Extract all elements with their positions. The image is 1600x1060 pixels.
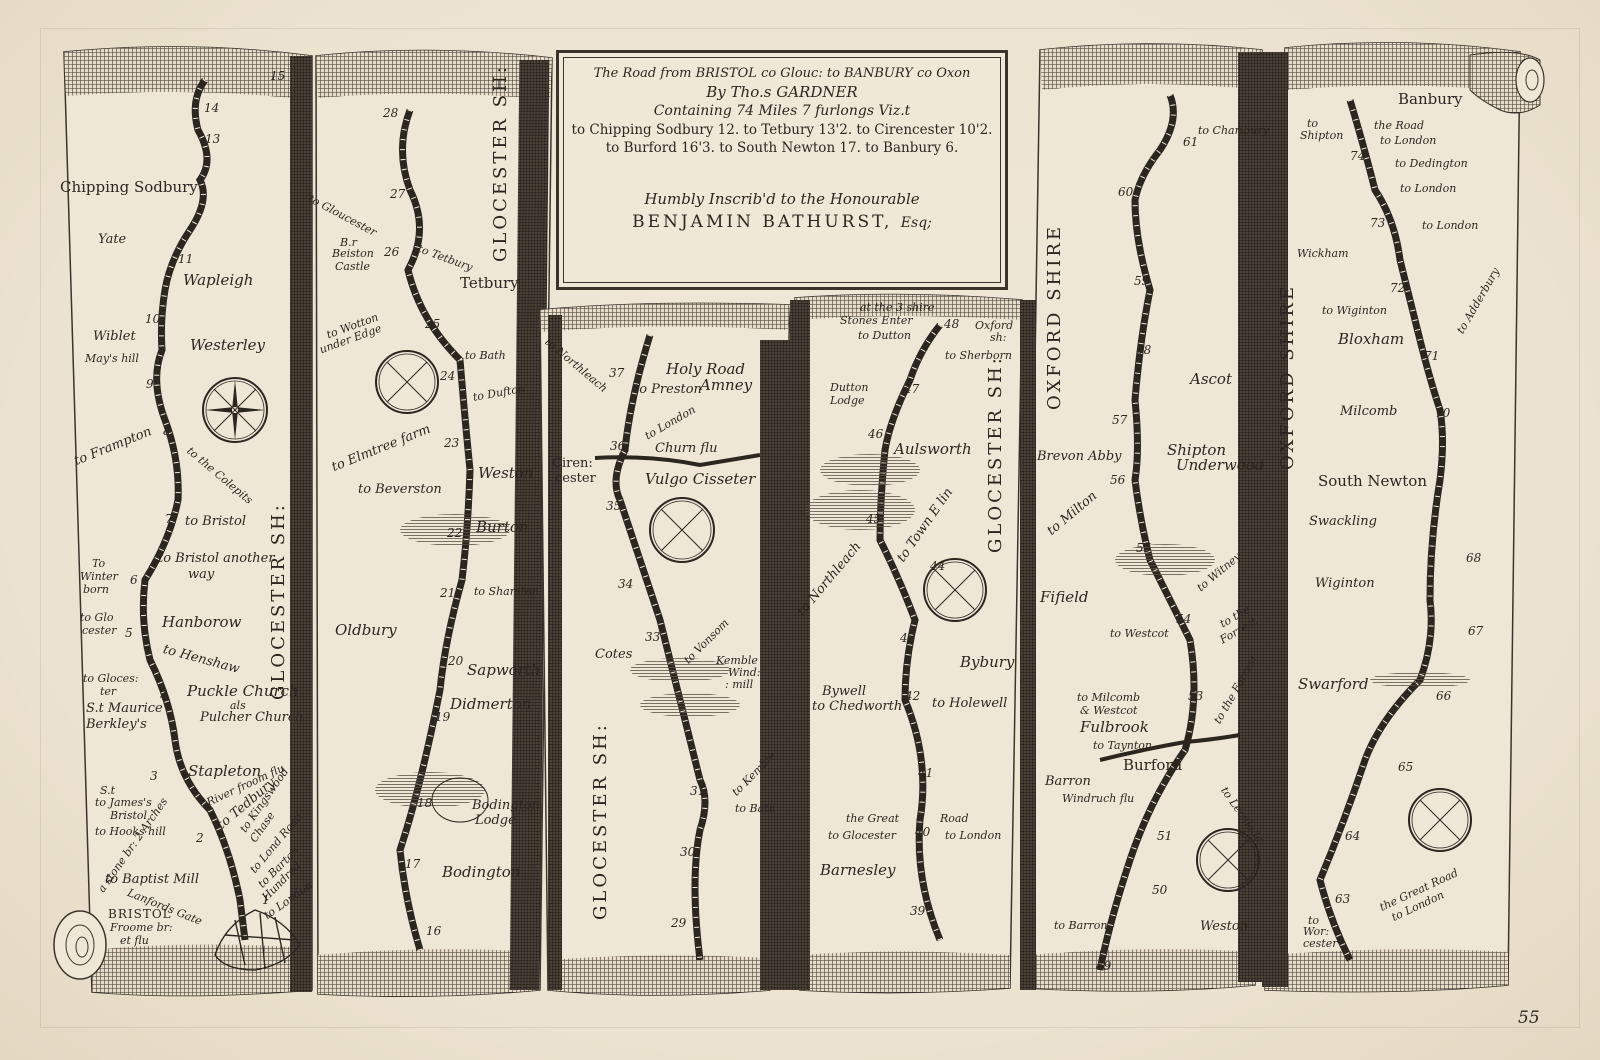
direction-to-st-james: S.t: [100, 785, 115, 797]
mile-marker: 3: [150, 770, 158, 783]
label-oxford-sh: Oxford: [975, 320, 1013, 332]
direction-to-barron: to Barron: [1054, 920, 1107, 932]
mile-marker: 42: [905, 690, 920, 703]
mile-marker: 24: [440, 370, 455, 383]
note-shire-stones: to Dutton: [858, 330, 911, 342]
note-great-road: Road: [940, 813, 969, 825]
place-tetbury: Tetbury: [460, 276, 519, 292]
place-wiblet: Wiblet: [93, 330, 136, 344]
mile-marker: 57: [1112, 414, 1127, 427]
direction-to-st-james: to James's: [95, 797, 152, 809]
mile-marker: 34: [618, 578, 633, 591]
place-sapworth: Sapworth: [467, 663, 541, 679]
county-label: GLOCESTER SH:: [490, 64, 511, 262]
dedication: Humbly Inscrib'd to the Honourable: [564, 190, 1000, 208]
mile-marker: 65: [1398, 761, 1413, 774]
place-burford: Burford: [1123, 758, 1182, 774]
title-cartouche: The Road from BRISTOL co Glouc: to BANBU…: [556, 50, 1008, 290]
page-number: 55: [1518, 1008, 1540, 1028]
place-castle: Castle: [335, 261, 370, 273]
mile-marker: 44: [930, 560, 945, 573]
mile-marker: 13: [205, 133, 220, 146]
direction-to-holewell: to Holewell: [932, 697, 1007, 711]
mile-marker: 8: [163, 425, 171, 438]
place-kemble-windmill: Kemble: [716, 655, 758, 667]
place-weston: Weston: [478, 466, 534, 482]
place-barnesley: Barnesley: [820, 863, 896, 879]
county-label: OXFORD SHIRE: [1277, 284, 1298, 470]
mile-marker: 64: [1345, 830, 1360, 843]
mile-marker: 43: [900, 632, 915, 645]
place-barron: Barron: [1045, 775, 1091, 789]
mile-marker: 67: [1468, 625, 1483, 638]
direction-to-sharston: to Sharston: [474, 586, 539, 598]
direction-to-shipton: Shipton: [1300, 130, 1343, 142]
place-bodington-lodge: Bodington: [472, 799, 540, 813]
place-swackling: Swackling: [1309, 515, 1377, 529]
mile-marker: 22: [447, 527, 462, 540]
direction-to-glocester: to Glo: [80, 612, 113, 624]
mile-marker: 15: [270, 70, 285, 83]
place-milcomb: Milcomb: [1340, 405, 1397, 419]
place-fifield: Fifield: [1040, 590, 1089, 606]
direction-way: way: [188, 568, 214, 582]
direction-to-winterborn: To: [92, 558, 105, 570]
place-vulgo-cisseter: Vulgo Cisseter: [645, 472, 755, 488]
mile-marker: 70: [1435, 407, 1450, 420]
mile-marker: 25: [425, 318, 440, 331]
place-bodington: Bodington: [442, 865, 520, 881]
river-churn: Churn flu: [655, 442, 717, 456]
mile-marker: 68: [1466, 552, 1481, 565]
mile-marker: 27: [390, 188, 405, 201]
direction-to-preston: to Preston: [634, 383, 702, 397]
mile-marker: 11: [178, 253, 193, 266]
place-dutton-lodge: Dutton: [830, 382, 868, 394]
mile-marker: 40: [915, 826, 930, 839]
mile-marker: 37: [609, 367, 624, 380]
title-road: The Road from BRISTOL co Glouc: to BANBU…: [564, 66, 1000, 81]
direction-to-winterborn: Winter: [80, 571, 118, 583]
note-great-road: the Great: [846, 813, 899, 825]
mile-marker: 10: [145, 313, 160, 326]
mile-marker: 1: [262, 894, 270, 907]
place-beiston: Beiston: [332, 248, 374, 260]
mile-marker: 29: [671, 917, 686, 930]
mile-marker: 66: [1436, 690, 1451, 703]
place-hanborow: Hanborow: [162, 615, 241, 631]
mile-marker: 50: [1152, 884, 1167, 897]
mile-marker: 28: [383, 107, 398, 120]
place-amney: Amney: [700, 378, 752, 394]
mile-marker: 14: [204, 102, 219, 115]
direction-to-bath: to Bath: [465, 350, 506, 362]
direction-to-baptist-mill: to Baptist Mill: [105, 873, 199, 887]
mile-marker: 33: [645, 631, 660, 644]
direction-to-winterborn: born: [83, 584, 109, 596]
mile-marker: 19: [435, 711, 450, 724]
place-bristol: BRISTOL: [108, 908, 172, 921]
dedicatee-name: BENJAMIN BATHURST,: [632, 212, 892, 232]
place-bywell: Bywell: [822, 685, 866, 699]
mile-marker: 30: [680, 846, 695, 859]
place-ascot: Ascot: [1190, 372, 1232, 388]
direction-to-london: to London: [1380, 135, 1436, 147]
county-label: GLOCESTER SH:: [268, 502, 289, 700]
note-shire-stones: at the 3 shire: [860, 302, 935, 314]
direction-to-bristol: to Bristol: [185, 515, 246, 529]
direction-to-shipton: to: [1307, 118, 1318, 130]
place-kemble-windmill: : mill: [725, 679, 753, 691]
direction-and-westcot: & Westcot: [1080, 705, 1137, 717]
mile-marker: 73: [1370, 217, 1385, 230]
place-weston: Weston: [1200, 920, 1248, 934]
strip-3-scroll: [540, 303, 790, 995]
mile-marker: 56: [1110, 474, 1125, 487]
direction-to-milcomb: to Milcomb: [1077, 692, 1140, 704]
direction-to-dedington: to Dedington: [1395, 158, 1468, 170]
direction-to-glocester: to Glocester: [828, 830, 896, 842]
mile-marker: 72: [1390, 282, 1405, 295]
direction-to-glocester-2: ter: [100, 686, 116, 698]
place-yate: Yate: [98, 233, 126, 247]
county-label: GLOCESTER SH:: [590, 722, 611, 920]
title-stages-2: to Burford 16'3. to South Newton 17. to …: [564, 140, 1000, 156]
mile-marker: 55: [1136, 542, 1151, 555]
place-underwood: Underwood: [1176, 458, 1264, 474]
note-shire-stones: Stones Enter: [840, 315, 913, 327]
mile-marker: 74: [1350, 150, 1365, 163]
direction-to-taynton: to Taynton: [1093, 740, 1152, 752]
place-bybury: Bybury: [960, 655, 1014, 671]
place-south-newton: South Newton: [1318, 474, 1427, 490]
place-froome-bridge: Froome br:: [110, 922, 173, 934]
dedicatee: BENJAMIN BATHURST, Esq;: [564, 212, 1000, 232]
place-mays-hill: May's hill: [85, 353, 139, 365]
dedicatee-suffix: Esq;: [901, 215, 932, 231]
direction-to-london-3: to London: [1422, 220, 1478, 232]
place-fulbrook: Fulbrook: [1080, 720, 1149, 736]
mile-marker: 49: [1096, 960, 1111, 973]
mile-marker: 59: [1134, 275, 1149, 288]
place-westerley: Westerley: [190, 338, 265, 354]
mile-marker: 26: [384, 246, 399, 259]
place-wapleigh: Wapleigh: [183, 273, 253, 289]
mile-marker: 17: [405, 858, 420, 871]
place-brevon-abby: Brevon Abby: [1037, 450, 1122, 464]
mile-marker: 51: [1157, 830, 1172, 843]
cartouche-frame: The Road from BRISTOL co Glouc: to BANBU…: [563, 57, 1001, 283]
place-wickham: Wickham: [1297, 248, 1349, 260]
river-windruch: Windruch flu: [1062, 793, 1134, 805]
direction-to-westcot: to Westcot: [1110, 628, 1169, 640]
mile-marker: 9: [146, 378, 154, 391]
county-label: OXFORD SHIRE: [1044, 224, 1065, 410]
place-chipping-sodbury: Chipping Sodbury: [60, 180, 198, 196]
title-stages-1: to Chipping Sodbury 12. to Tetbury 13'2.…: [564, 122, 1000, 138]
place-wiginton: Wiginton: [1315, 577, 1375, 591]
direction-to-glocester: cester: [82, 625, 117, 637]
place-aulsworth: Aulsworth: [894, 442, 972, 458]
direction-to-london-2: to London: [1400, 183, 1456, 195]
place-dutton-lodge: Lodge: [830, 395, 865, 407]
mile-marker: 60: [1118, 186, 1133, 199]
mile-marker: 53: [1188, 690, 1203, 703]
mile-marker: 23: [444, 437, 459, 450]
place-didmerton: Didmerton: [450, 697, 531, 713]
note-the-road: the Road: [1374, 120, 1424, 132]
mile-marker: 5: [125, 627, 133, 640]
place-cotes: Cotes: [595, 648, 632, 662]
place-banbury: Banbury: [1398, 92, 1463, 108]
mile-marker: 6: [130, 574, 138, 587]
mile-marker: 63: [1335, 893, 1350, 906]
direction-to-worcester: cester: [1303, 938, 1338, 950]
direction-to-wiginton: to Wiginton: [1322, 305, 1387, 317]
place-cirencester: Ciren:: [552, 457, 593, 471]
mile-marker: 41: [918, 767, 933, 780]
place-kemble-windmill: Wind:: [728, 667, 760, 679]
place-et-flu: et flu: [120, 935, 149, 947]
direction-to-chedworth: to Chedworth: [812, 700, 902, 714]
place-berkleys: Berkley's: [86, 718, 147, 732]
mile-marker: 21: [440, 587, 455, 600]
mile-marker: 47: [904, 383, 919, 396]
mile-marker: 31: [690, 785, 705, 798]
place-bodington-lodge: Lodge: [475, 814, 516, 828]
mile-marker: 54: [1176, 613, 1191, 626]
place-pulcher-church: Pulcher Church: [200, 711, 304, 725]
mile-marker: 18: [417, 797, 432, 810]
title-author: By Tho.s GARDNER: [564, 83, 1000, 101]
direction-to-glocester-2: to Gloces:: [83, 673, 139, 685]
mile-marker: 58: [1136, 344, 1151, 357]
mile-marker: 16: [426, 925, 441, 938]
direction-to-london: to London: [945, 830, 1001, 842]
place-oldbury: Oldbury: [335, 623, 397, 639]
county-label: GLOCESTER SH:: [985, 355, 1006, 553]
mile-marker: 48: [944, 318, 959, 331]
mile-marker: 45: [866, 513, 881, 526]
place-cirencester: cester: [555, 472, 596, 486]
mile-marker: 61: [1183, 136, 1198, 149]
mile-marker: 36: [610, 440, 625, 453]
label-oxford-sh: sh:: [990, 332, 1006, 344]
place-st-maurice: S.t Maurice: [86, 702, 163, 716]
mile-marker: 71: [1424, 350, 1439, 363]
direction-to-bristol-another: to Bristol another: [158, 552, 275, 566]
place-burton: Burton: [476, 520, 529, 536]
direction-to-beverston: to Beverston: [358, 483, 442, 497]
direction-to-charlbury: to Charlbury: [1198, 125, 1269, 137]
mile-marker: 7: [165, 513, 173, 526]
mile-marker: 39: [910, 905, 925, 918]
mile-marker: 46: [868, 428, 883, 441]
mile-marker: 35: [606, 500, 621, 513]
direction-to-worcester: Wor:: [1303, 926, 1329, 938]
direction-to-bath: to Bath: [735, 803, 776, 815]
mile-marker: 2: [196, 832, 204, 845]
place-bloxham: Bloxham: [1338, 332, 1404, 348]
place-swarford: Swarford: [1298, 677, 1369, 693]
title-distance: Containing 74 Miles 7 furlongs Viz.t: [564, 103, 1000, 119]
mile-marker: 20: [448, 655, 463, 668]
